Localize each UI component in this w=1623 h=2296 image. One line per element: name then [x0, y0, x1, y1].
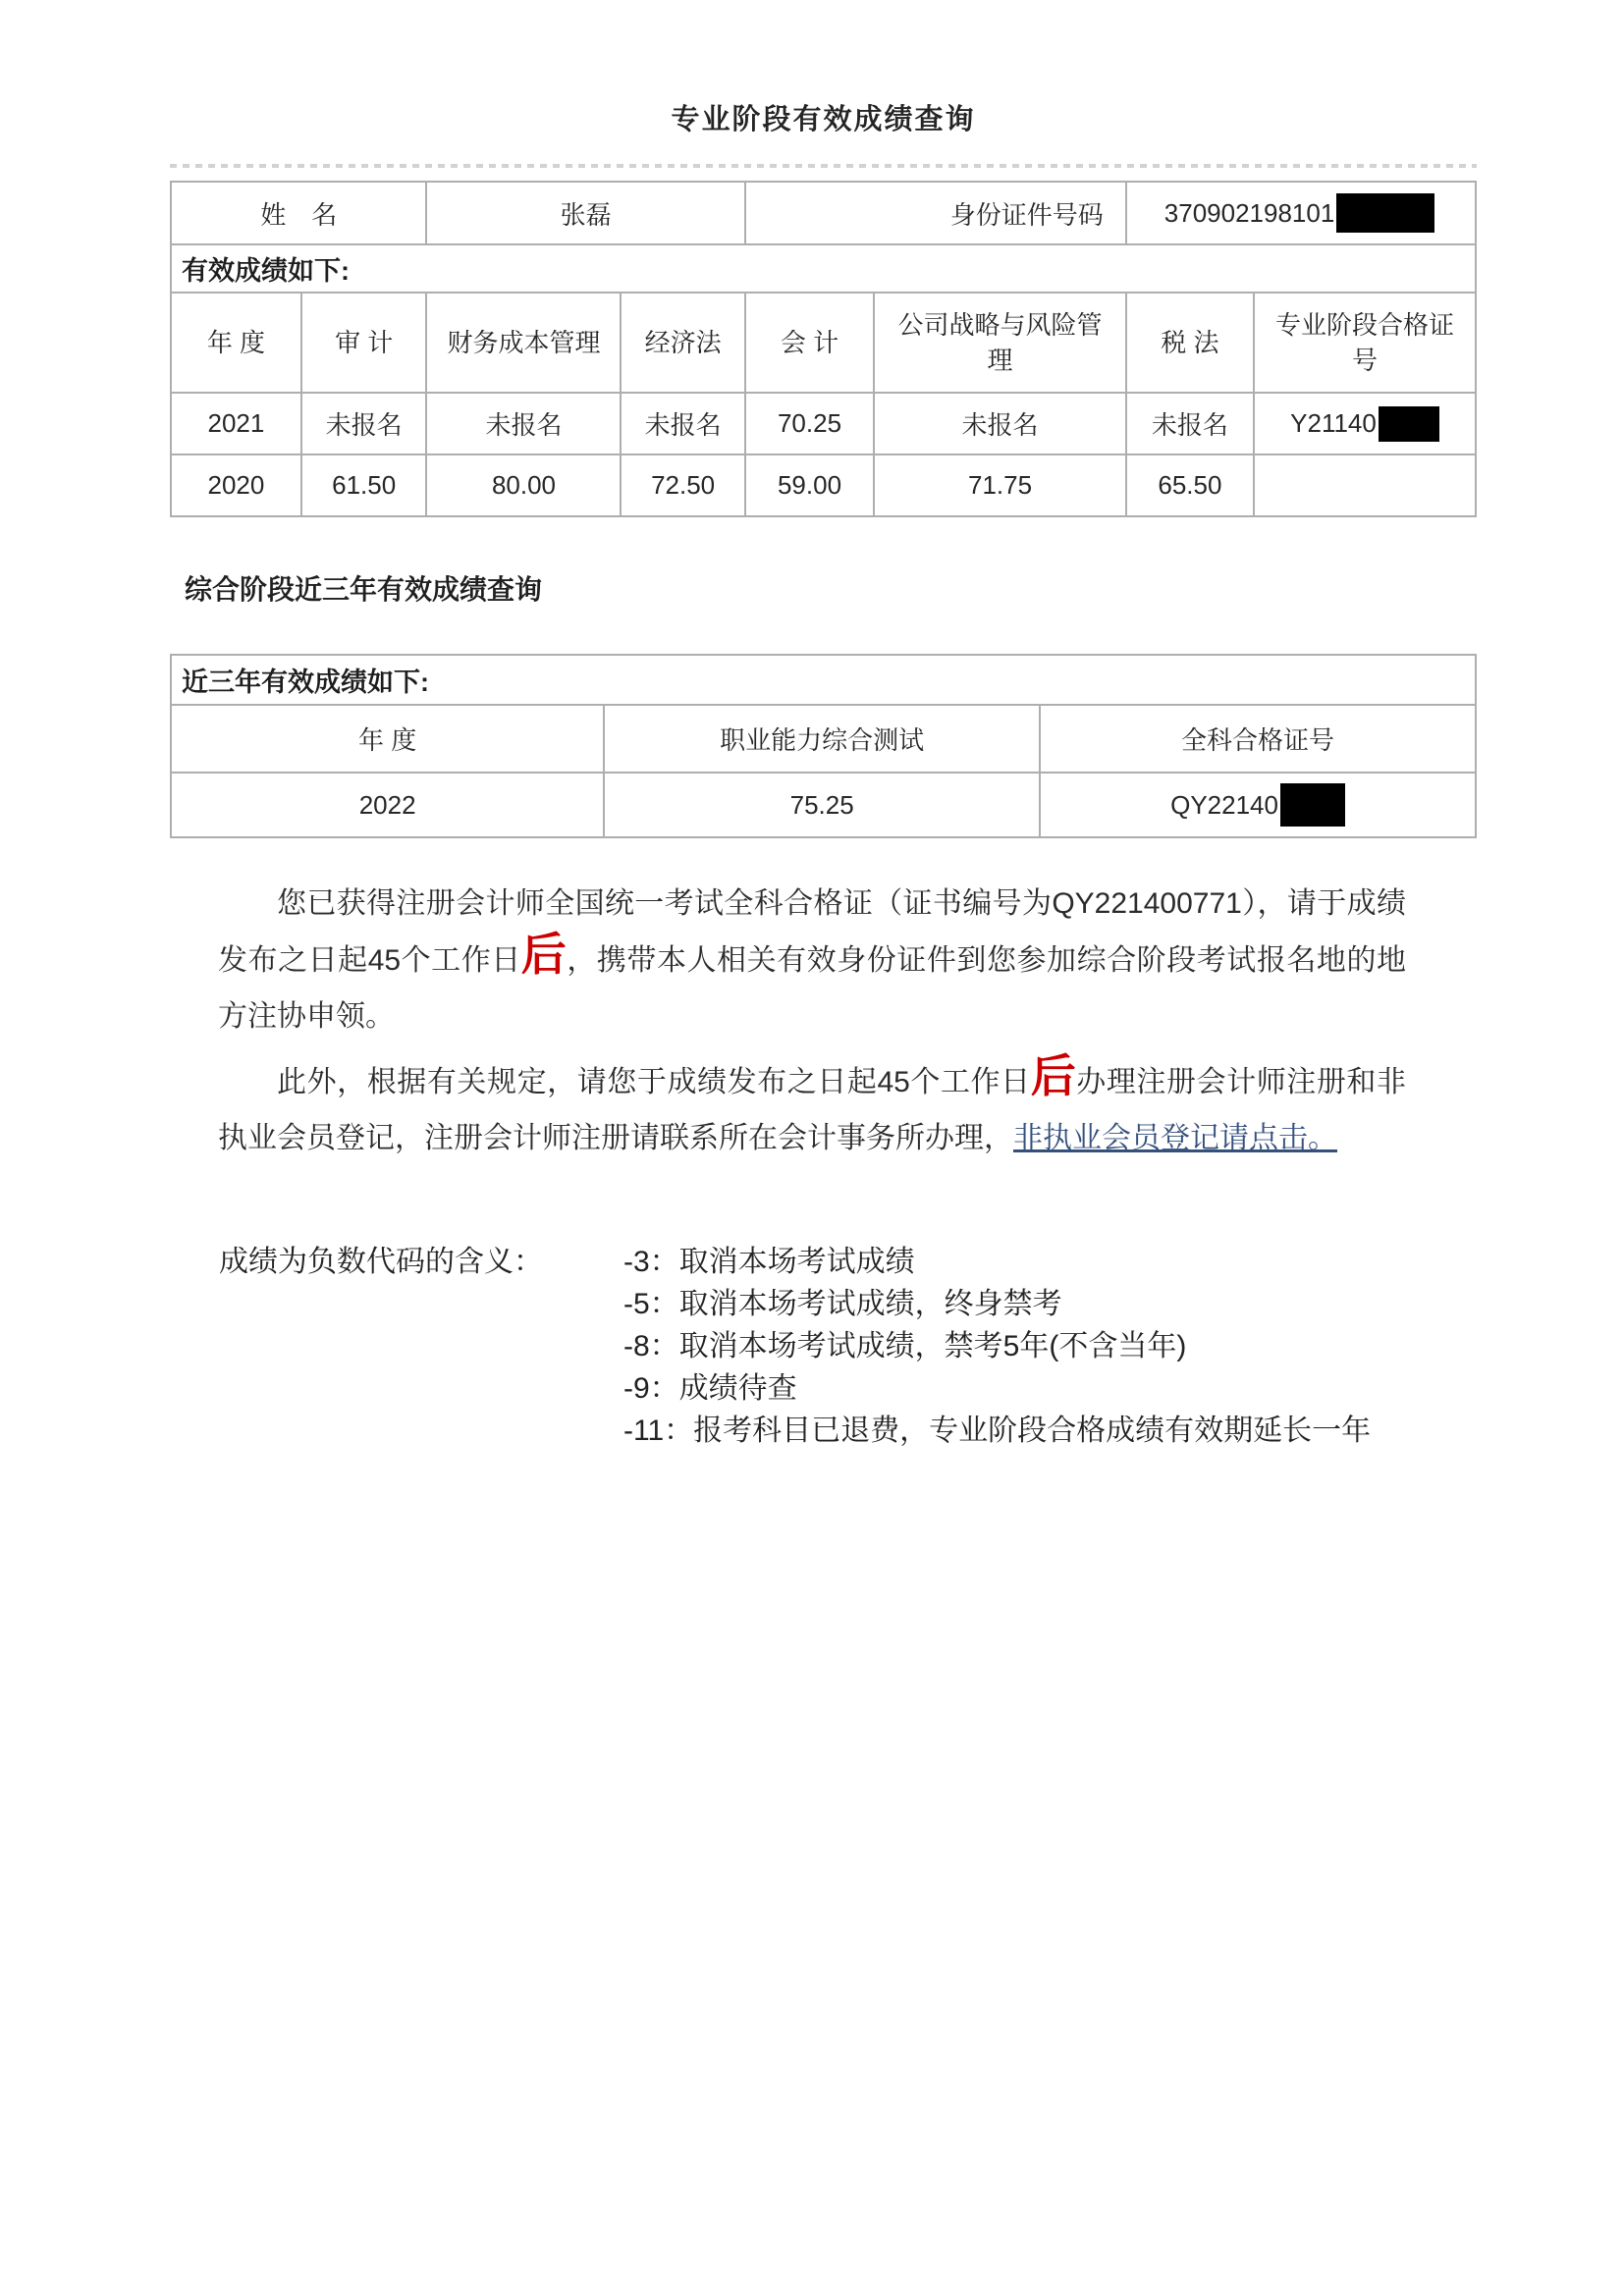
page-content: 专业阶段有效成绩查询 姓 名 张磊 身份证件号码 370902198101 有效… [170, 0, 1477, 1452]
col-header-audit: 审 计 [301, 293, 427, 393]
cert-cell: QY22140 [1040, 773, 1476, 837]
col-header-fcm: 财务成本管理 [426, 293, 621, 393]
score-cell: 70.25 [745, 393, 875, 454]
score-cell: 59.00 [745, 454, 875, 516]
id-value: 370902198101 [1164, 198, 1335, 228]
col-header-strategy: 公司战略与风险管理 [874, 293, 1125, 393]
score-cell: 71.75 [874, 454, 1125, 516]
cert-cell-empty [1254, 454, 1476, 516]
notice-block: 您已获得注册会计师全国统一考试全科合格证（证书编号为QY221400771），请… [218, 876, 1406, 1166]
code-item: -11：报考科目已退费，专业阶段合格成绩有效期延长一年 [623, 1410, 1477, 1452]
valid-scores-label: 有效成绩如下: [171, 244, 1476, 293]
non-practicing-member-link[interactable]: 非执业会员登记请点击。 [1013, 1122, 1337, 1154]
year-cell: 2021 [171, 393, 301, 454]
col-header-tax: 税 法 [1126, 293, 1254, 393]
score-table-header-row: 年 度 审 计 财务成本管理 经济法 会 计 公司战略与风险管理 税 法 专业阶… [171, 293, 1476, 393]
notice-text: 此外，根据有关规定，请您于成绩发布之日起45个工作日 [277, 1066, 1031, 1098]
score-cell: 65.50 [1126, 454, 1254, 516]
recent-scores-subtitle-row: 近三年有效成绩如下: [171, 655, 1476, 705]
id-value-cell: 370902198101 [1126, 182, 1476, 244]
cert-cell: Y21140 [1254, 393, 1476, 454]
negative-codes-section: 成绩为负数代码的含义： -3：取消本场考试成绩 -5：取消本场考试成绩，终身禁考… [219, 1241, 1477, 1452]
col-header-accounting: 会 计 [745, 293, 875, 393]
score-cell: 80.00 [426, 454, 621, 516]
id-redaction-box [1336, 193, 1434, 233]
col-header-year: 年 度 [171, 293, 301, 393]
recent-scores-label: 近三年有效成绩如下: [171, 655, 1476, 705]
year-cell: 2022 [171, 773, 604, 837]
dashed-divider [170, 164, 1477, 168]
score-cell: 未报名 [621, 393, 744, 454]
id-label: 身份证件号码 [745, 182, 1126, 244]
score-cell: 72.50 [621, 454, 744, 516]
code-item: -5：取消本场考试成绩，终身禁考 [623, 1283, 1477, 1325]
red-hou-char: 后 [521, 929, 568, 980]
score-cell: 未报名 [426, 393, 621, 454]
full-cert-number: QY22140 [1170, 790, 1278, 820]
profile-row: 姓 名 张磊 身份证件号码 370902198101 [171, 182, 1476, 244]
red-hou-char: 后 [1031, 1050, 1077, 1101]
col-header-econ-law: 经济法 [621, 293, 744, 393]
comprehensive-scores-table: 近三年有效成绩如下: 年 度 职业能力综合测试 全科合格证号 2022 75.2… [170, 654, 1477, 838]
comp-table-header-row: 年 度 职业能力综合测试 全科合格证号 [171, 705, 1476, 773]
score-row-2020: 2020 61.50 80.00 72.50 59.00 71.75 65.50 [171, 454, 1476, 516]
notice-paragraph-1: 您已获得注册会计师全国统一考试全科合格证（证书编号为QY221400771），请… [218, 876, 1406, 1044]
code-item: -3：取消本场考试成绩 [623, 1241, 1477, 1283]
year-cell: 2020 [171, 454, 301, 516]
score-cell: 未报名 [874, 393, 1125, 454]
col-header-year: 年 度 [171, 705, 604, 773]
col-header-comp-test: 职业能力综合测试 [604, 705, 1040, 773]
comprehensive-section-title: 综合阶段近三年有效成绩查询 [185, 568, 1477, 608]
negative-codes-list: -3：取消本场考试成绩 -5：取消本场考试成绩，终身禁考 -8：取消本场考试成绩… [623, 1241, 1477, 1452]
name-value: 张磊 [426, 182, 744, 244]
valid-scores-subtitle-row: 有效成绩如下: [171, 244, 1476, 293]
professional-scores-table: 姓 名 张磊 身份证件号码 370902198101 有效成绩如下: 年 度 审… [170, 181, 1477, 517]
cert-redaction-box [1379, 406, 1439, 442]
score-cell: 75.25 [604, 773, 1040, 837]
code-item: -9：成绩待查 [623, 1367, 1477, 1410]
full-cert-redaction-box [1280, 783, 1345, 827]
comp-score-row-2022: 2022 75.25 QY22140 [171, 773, 1476, 837]
score-row-2021: 2021 未报名 未报名 未报名 70.25 未报名 未报名 Y21140 [171, 393, 1476, 454]
col-header-cert: 专业阶段合格证号 [1254, 293, 1476, 393]
col-header-full-cert: 全科合格证号 [1040, 705, 1476, 773]
code-item: -8：取消本场考试成绩，禁考5年(不含当年) [623, 1325, 1477, 1367]
name-label: 姓 名 [171, 182, 426, 244]
negative-codes-label: 成绩为负数代码的含义： [219, 1241, 623, 1452]
page-title: 专业阶段有效成绩查询 [170, 97, 1477, 137]
notice-paragraph-2: 此外，根据有关规定，请您于成绩发布之日起45个工作日后办理注册会计师注册和非执业… [218, 1053, 1406, 1166]
cert-number: Y21140 [1290, 408, 1377, 438]
score-query-page: 专业阶段有效成绩查询 姓 名 张磊 身份证件号码 370902198101 有效… [0, 0, 1623, 2296]
score-cell: 未报名 [301, 393, 427, 454]
score-cell: 61.50 [301, 454, 427, 516]
score-cell: 未报名 [1126, 393, 1254, 454]
